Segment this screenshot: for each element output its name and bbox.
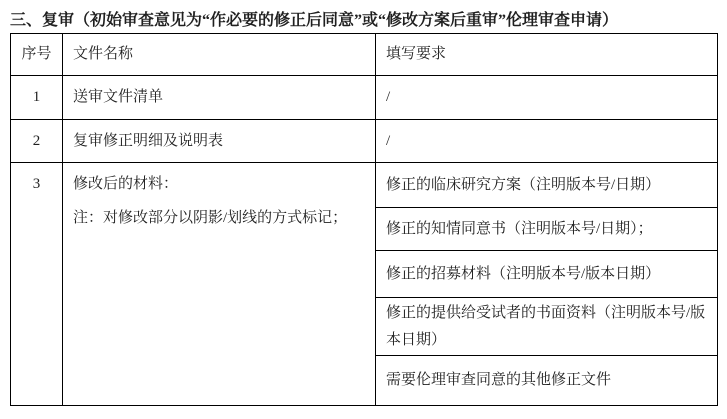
row1-document-name: 送审文件清单 <box>63 76 376 120</box>
row3-requirement-3: 修正的招募材料（注明版本号/版本日期） <box>376 251 718 298</box>
row2-index: 2 <box>11 120 63 163</box>
review-requirements-table: 序号 文件名称 填写要求 1 送审文件清单 / 2 复审修正明细及说明表 / 3… <box>10 33 718 406</box>
document-page: 三、复审（初始审查意见为“作必要的修正后同意”或“修改方案后重审”伦理审查申请）… <box>0 0 727 419</box>
row1-requirement: / <box>376 76 718 120</box>
row3-name-note: 注：对修改部分以阴影/划线的方式标记； <box>73 208 365 228</box>
row1-index: 1 <box>11 76 63 120</box>
header-cell-requirement: 填写要求 <box>376 34 718 76</box>
row3-requirement-4: 修正的提供给受试者的书面资料（注明版本号/版本日期） <box>376 298 718 356</box>
row3-requirement-2: 修正的知情同意书（注明版本号/日期）； <box>376 208 718 251</box>
row3-document-name: 修改后的材料： 注：对修改部分以阴影/划线的方式标记； <box>63 163 376 406</box>
row3-requirement-5: 需要伦理审查同意的其他修正文件 <box>376 356 718 406</box>
table-row: 1 送审文件清单 / <box>11 76 718 120</box>
header-cell-index: 序号 <box>11 34 63 76</box>
row3-index: 3 <box>11 163 63 406</box>
row3-name-title: 修改后的材料： <box>73 174 365 194</box>
table-row: 2 复审修正明细及说明表 / <box>11 120 718 163</box>
row2-requirement: / <box>376 120 718 163</box>
row3-requirement-1: 修正的临床研究方案（注明版本号/日期） <box>376 163 718 208</box>
table-header-row: 序号 文件名称 填写要求 <box>11 34 718 76</box>
section-title: 三、复审（初始审查意见为“作必要的修正后同意”或“修改方案后重审”伦理审查申请） <box>10 7 618 30</box>
table-row: 3 修改后的材料： 注：对修改部分以阴影/划线的方式标记； 修正的临床研究方案（… <box>11 163 718 208</box>
header-cell-document-name: 文件名称 <box>63 34 376 76</box>
row2-document-name: 复审修正明细及说明表 <box>63 120 376 163</box>
